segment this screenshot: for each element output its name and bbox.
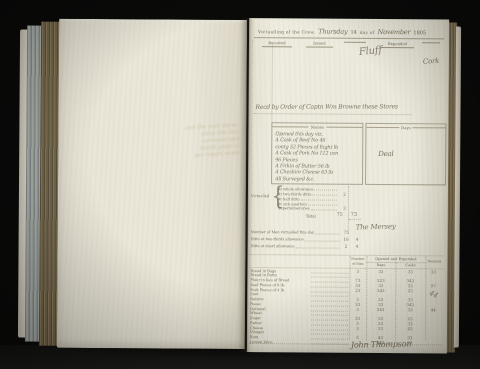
victualled-row: Supernumeraries 3 — [278, 206, 346, 211]
men-row-value-1: 16 — [341, 237, 352, 242]
subheader-casks: Casks — [395, 263, 425, 267]
victualled-row-label: At half ditto — [278, 197, 300, 201]
ink-show-through: and the said storeswere this daysurveyed… — [160, 122, 240, 162]
victualled-row: At sick quarters — [278, 201, 346, 206]
signature: John Thompson — [351, 339, 412, 349]
column-label-received: Received — [262, 40, 292, 47]
victualled-rows: At whole allowance At two-thirds ditto 2… — [278, 186, 346, 211]
victualled-row: At whole allowance — [278, 186, 346, 191]
victualled-row-value: 3 — [338, 206, 346, 211]
handwritten-ship-note: The Mersey — [356, 222, 396, 231]
men-row-label: Ditto at two-thirds allowance — [251, 237, 304, 241]
col1-header-line2: of Men — [349, 261, 366, 265]
handwritten-expended-note: Fluff — [358, 45, 382, 58]
handwritten-days-word: Deal — [378, 150, 393, 158]
victualled-row-label: Supernumeraries — [278, 207, 310, 211]
printed-day-of: day of — [360, 30, 375, 35]
provisions-rows: Bread in Bags 3 33 33 33 Bread in Butts — [250, 268, 441, 339]
men-row: Ditto at short allowance 2 4 — [251, 241, 363, 249]
dotted-leader — [312, 195, 337, 196]
total-label: Total — [306, 213, 316, 218]
header-rule — [254, 37, 444, 39]
men-row-value-2: 4 — [352, 244, 363, 249]
men-row: Number of Men victualled this day 75 — [251, 227, 363, 235]
dotted-leader — [311, 343, 348, 344]
photo-background: and the said storeswere this daysurveyed… — [0, 0, 480, 369]
men-row-value-1: 2 — [341, 244, 352, 249]
value-column-divider — [348, 186, 349, 234]
victualled-row-label: At two-thirds ditto — [278, 192, 311, 196]
column-rule — [422, 41, 440, 43]
victualled-row: At half ditto — [278, 196, 346, 201]
entry-baseline — [253, 113, 411, 115]
column-rule — [344, 41, 366, 43]
total-underline — [349, 219, 361, 220]
dotted-leader — [314, 190, 337, 191]
names-box: Names Opened this day viz.A Cask of Beef… — [271, 122, 363, 185]
group-header: Opened and Expended — [366, 256, 425, 260]
dotted-leader — [315, 233, 340, 234]
provisions-table: Number of Men Opened and Expended Bags C… — [249, 254, 444, 345]
handwritten-line: All Surveyed &c. — [275, 176, 362, 183]
days-box: Days Deal — [365, 123, 446, 186]
men-row: Ditto at two-thirds allowance 16 4 — [251, 234, 363, 242]
dotted-leader — [308, 205, 337, 206]
names-box-title: Names — [311, 124, 324, 129]
col1-header-line1: Number — [349, 257, 366, 261]
dotted-leader — [311, 209, 337, 210]
victualled-row-value: 2 — [338, 191, 346, 196]
subheader-bags: Bags — [366, 263, 395, 267]
column-label-expended: Expended — [381, 41, 414, 48]
page-header: Victualling of the Crew, Thursday 14 day… — [258, 27, 444, 36]
year: 1805 — [413, 30, 426, 36]
men-row-label: Ditto at short allowance — [251, 244, 295, 248]
handwritten-month: November — [378, 28, 411, 36]
victualled-row-label: At whole allowance — [278, 187, 313, 191]
dotted-leader — [295, 247, 339, 248]
grand-total-value: 73 — [351, 212, 357, 218]
names-box-lines: Opened this day viz.A Cask of Beef No 46… — [272, 129, 362, 183]
victualled-row-label: At sick quarters — [278, 202, 307, 206]
ledger-book: and the said storeswere this daysurveyed… — [0, 0, 480, 369]
handwritten-entry-line: Recd by Order of Captn Wm Browne these S… — [256, 103, 398, 110]
men-row-label: Number of Men victualled this day — [251, 230, 314, 234]
col3-header: Remains — [425, 259, 443, 263]
handwritten-port-note: Cork — [423, 57, 440, 66]
men-row-value-1: 75 — [341, 230, 352, 235]
right-page: Victualling of the Crew, Thursday 14 day… — [247, 18, 449, 353]
printed-title: Victualling of the Crew, — [258, 29, 315, 34]
men-rows: Number of Men victualled this day 75 Dit… — [251, 227, 363, 249]
men-row-value-2: 4 — [352, 237, 363, 242]
victualled-label: Victualled — [251, 194, 269, 198]
book-gutter — [238, 18, 253, 352]
days-box-title: Days — [401, 125, 410, 130]
day-number: 14 — [350, 30, 356, 36]
column-label-issued: Issued — [306, 40, 333, 47]
total-value: 75 — [337, 213, 343, 218]
victualled-row: At two-thirds ditto 2 — [278, 191, 346, 196]
handwritten-day: Thursday — [318, 28, 347, 36]
provision-name: Lemon Juice — [250, 340, 310, 344]
left-page: and the said storeswere this daysurveyed… — [57, 19, 247, 349]
days-box-header: Days — [366, 125, 445, 131]
page-edge-white-right — [454, 27, 461, 348]
